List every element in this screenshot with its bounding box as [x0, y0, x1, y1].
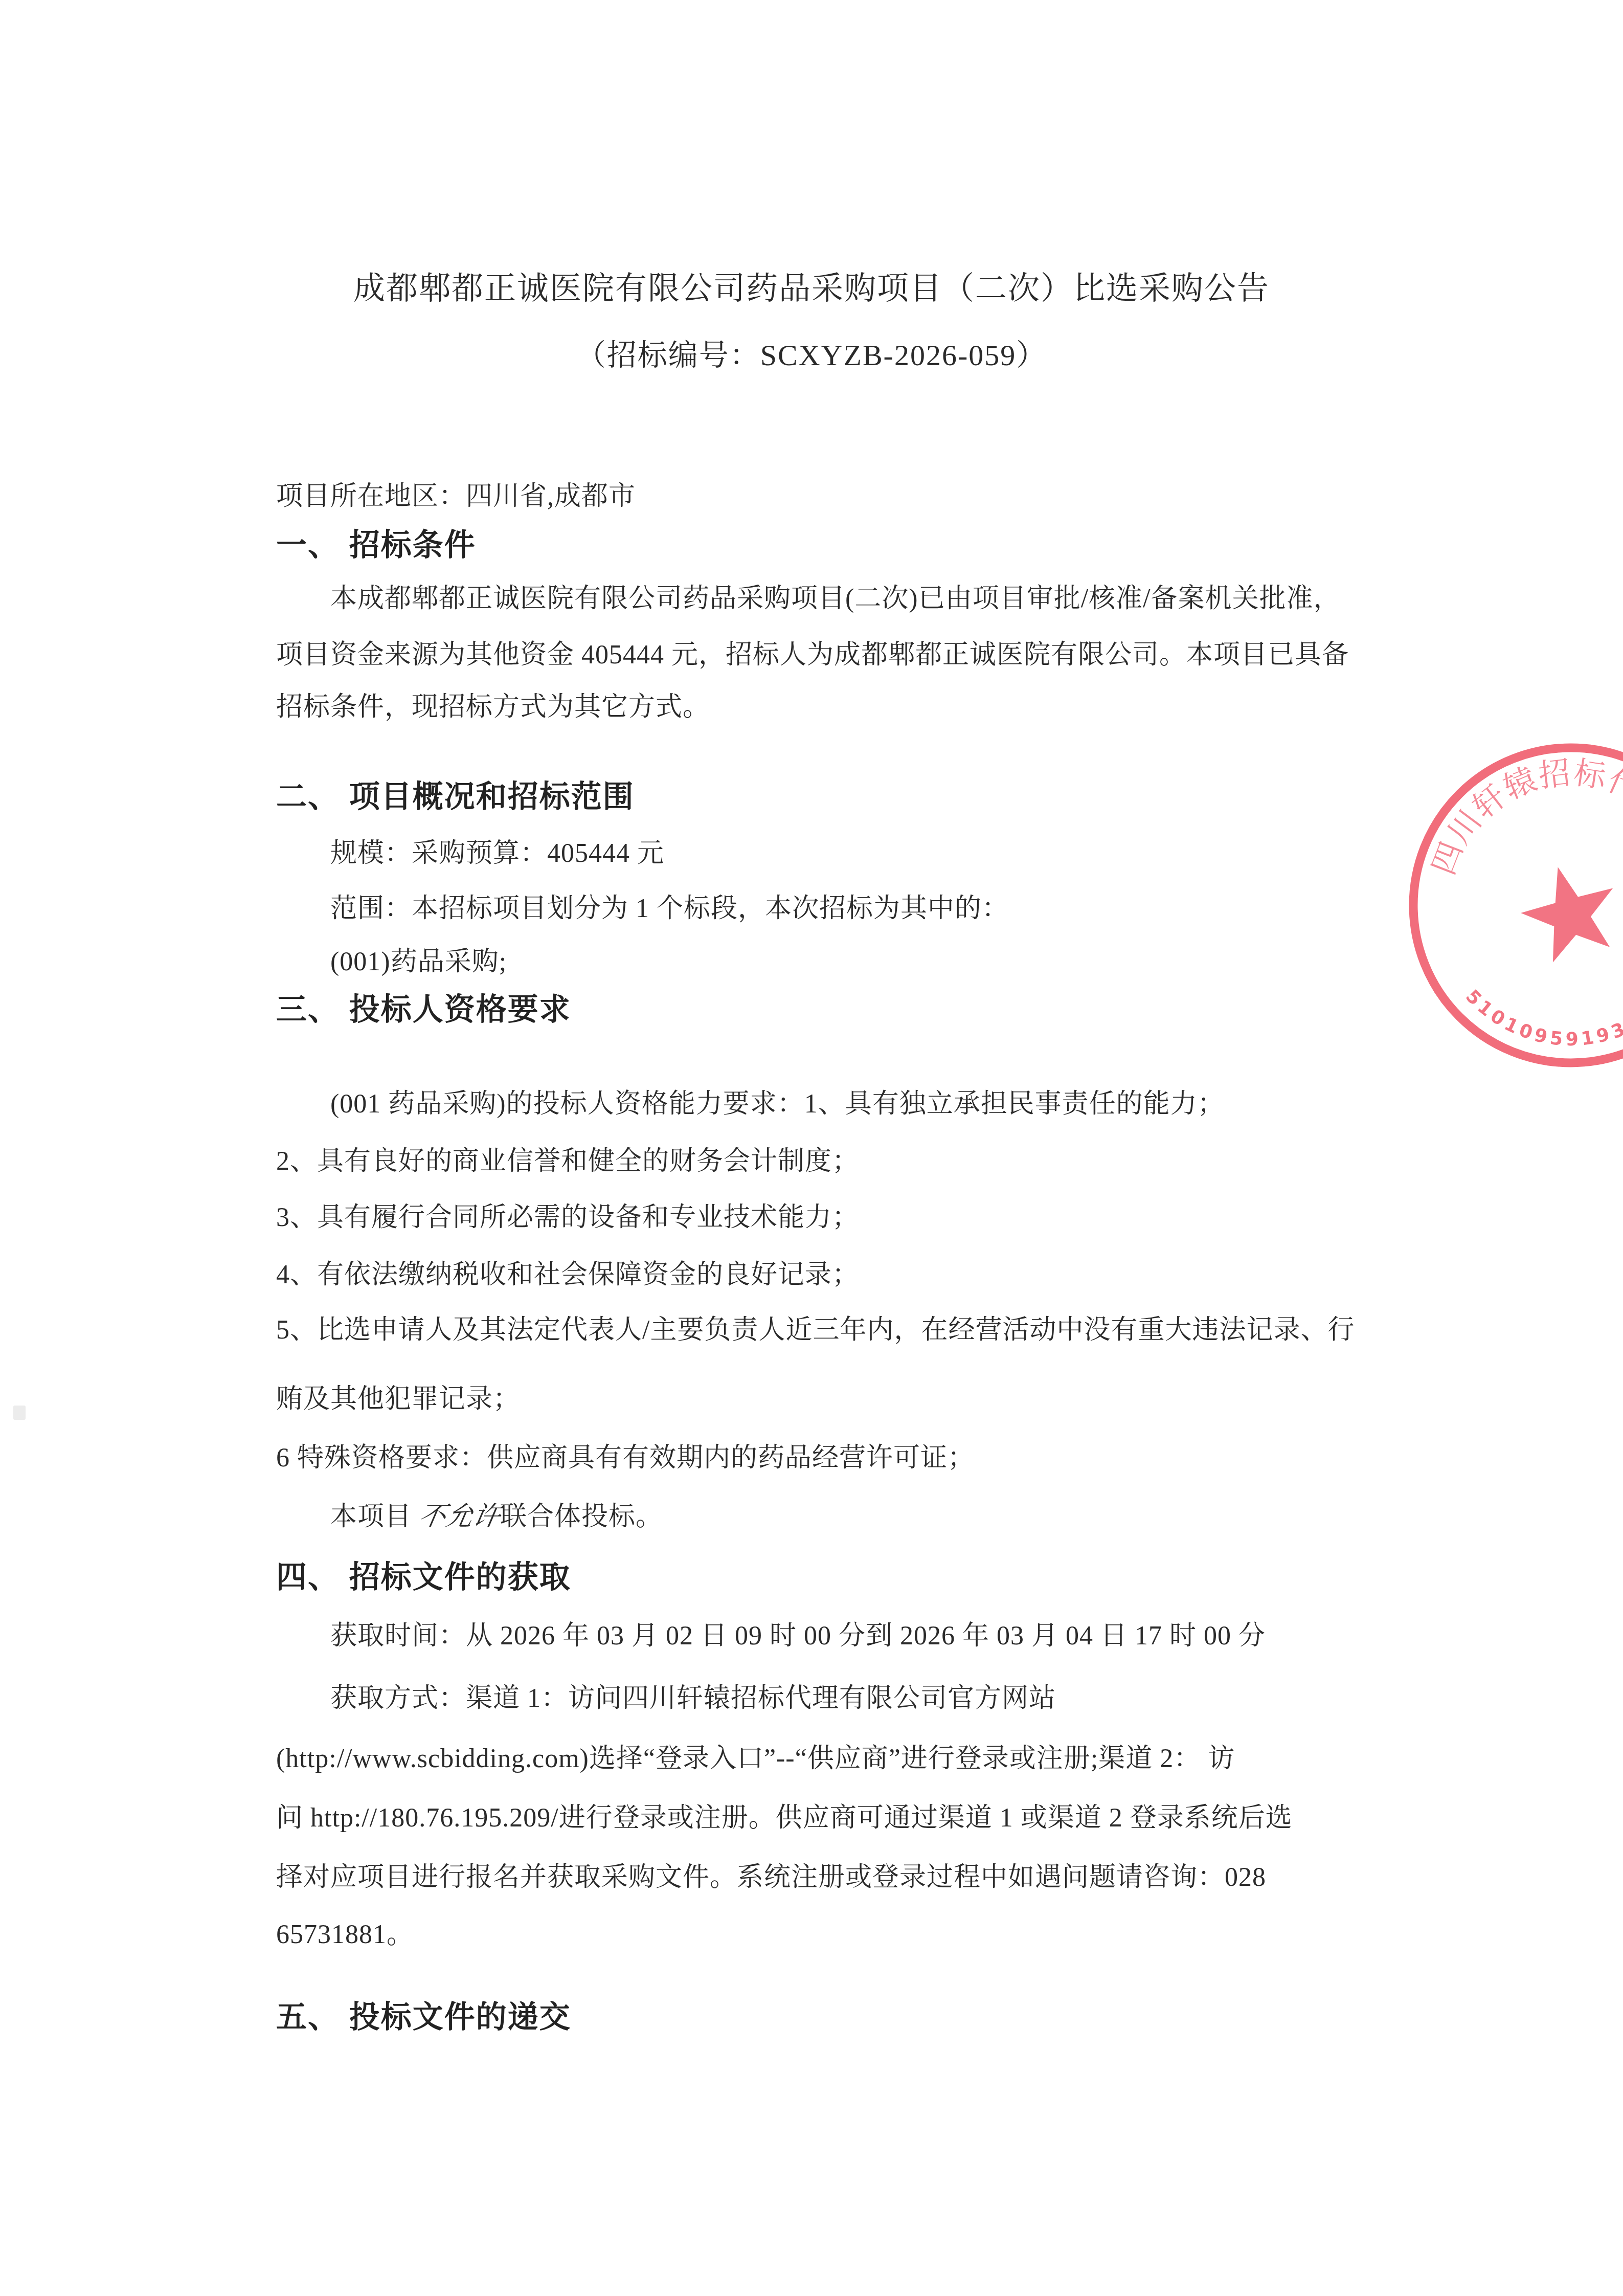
scan-artifact-dot [13, 1406, 26, 1420]
joint-bid-line: 本项目 不允许联合体投标。 [276, 1501, 1409, 1533]
qualification-line: (001 药品采购)的投标人资格能力要求：1、具有独立承担民事责任的能力； [276, 1088, 1409, 1120]
obtain-phone-line: 65731881。 [276, 1919, 1355, 1951]
joint-bid-suffix: 联合体投标。 [500, 1502, 663, 1531]
section-heading-3: 三、 投标人资格要求 [276, 991, 1355, 1028]
document-subtitle: （招标编号：SCXYZB-2026-059） [0, 338, 1623, 373]
qualification-line: 贿及其他犯罪记录； [276, 1384, 1355, 1415]
section-heading-5: 五、 投标文件的递交 [276, 1999, 1355, 2036]
qualification-line: 4、有依法缴纳税收和社会保障资金的良好记录； [276, 1259, 1355, 1291]
document-page: 成都郫都正诚医院有限公司药品采购项目（二次）比选采购公告 （招标编号：SCXYZ… [0, 0, 1623, 2296]
obtain-contact-line: 择对应项目进行报名并获取采购文件。系统注册或登录过程中如遇问题请咨询：028 [276, 1862, 1355, 1893]
obtain-time-line: 获取时间：从 2026 年 03 月 02 日 09 时 00 分到 2026 … [276, 1620, 1409, 1652]
body-line: 招标条件，现招标方式为其它方式。 [276, 692, 1355, 723]
qualification-line: 3、具有履行合同所必需的设备和专业技术能力； [276, 1202, 1355, 1234]
obtain-url-line: (http://www.scbidding.com)选择“登录入口”--“供应商… [276, 1743, 1355, 1775]
budget-line: 规模：采购预算：405444 元 [276, 838, 1409, 870]
qualification-line: 2、具有良好的商业信誉和健全的财务会计制度； [276, 1146, 1355, 1177]
stamp-star-icon [1521, 867, 1613, 962]
section-heading-4: 四、 招标文件的获取 [276, 1559, 1355, 1596]
stamp-ring [1413, 748, 1623, 1063]
obtain-url-line: 问 http://180.76.195.209/进行登录或注册。供应商可通过渠道… [276, 1802, 1355, 1834]
qualification-line: 5、比选申请人及其法定代表人/主要负责人近三年内，在经营活动中没有重大违法记录、… [276, 1314, 1355, 1346]
obtain-method-line: 获取方式：渠道 1：访问四川轩辕招标代理有限公司官方网站 [276, 1683, 1409, 1714]
joint-bid-not-allowed: 不允许 [416, 1501, 503, 1533]
scope-line: 范围：本招标项目划分为 1 个标段，本次招标为其中的： [276, 893, 1409, 925]
project-location-line: 项目所在地区：四川省,成都市 [276, 481, 1355, 512]
joint-bid-prefix: 本项目 [330, 1502, 419, 1531]
lot-line: (001)药品采购; [276, 946, 1409, 978]
qualification-line: 6 特殊资格要求：供应商具有有效期内的药品经营许可证； [276, 1442, 1355, 1474]
body-line: 本成都郫都正诚医院有限公司药品采购项目(二次)已由项目审批/核准/备案机关批准， [276, 583, 1409, 615]
stamp-ring-text: 四川轩辕招标代 [1426, 755, 1623, 879]
svg-text:四川轩辕招标代: 四川轩辕招标代 [1426, 755, 1623, 879]
stamp-serial-number: 51010959193 [1461, 986, 1623, 1050]
document-title: 成都郫都正诚医院有限公司药品采购项目（二次）比选采购公告 [0, 270, 1623, 308]
section-heading-1: 一、 招标条件 [276, 527, 1355, 564]
svg-text:51010959193: 51010959193 [1461, 986, 1623, 1050]
section-heading-2: 二、 项目概况和招标范围 [276, 778, 1355, 815]
body-line: 项目资金来源为其他资金 405444 元，招标人为成都郫都正诚医院有限公司。本项… [276, 639, 1355, 671]
